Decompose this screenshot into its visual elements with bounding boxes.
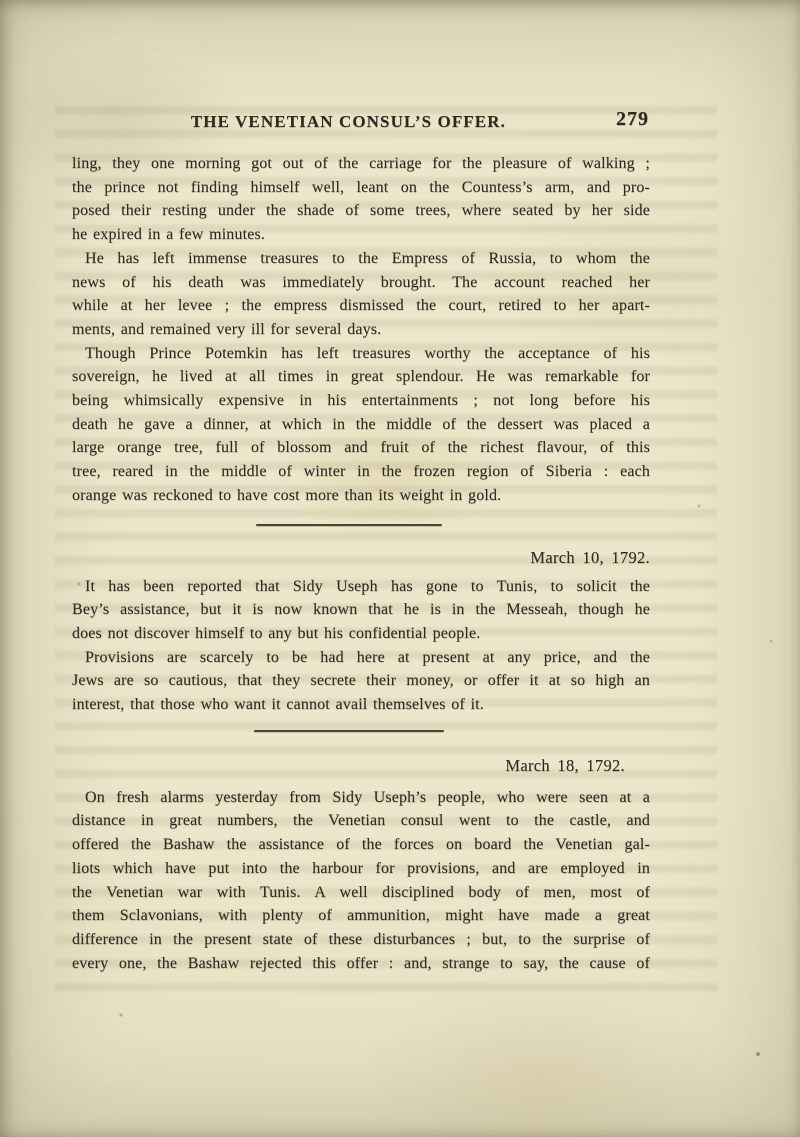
paragraph-3: Though Prince Potemkin has left treasure… <box>72 342 650 508</box>
text-line: tree, reared in the middle of winter in … <box>72 460 650 484</box>
text-line: posed their resting under the shade of s… <box>72 199 650 223</box>
text-line: the Venetian war with Tunis. A well disc… <box>72 881 650 905</box>
book-page-scan: THE VENETIAN CONSUL’S OFFER. 279 ling, t… <box>0 0 800 1137</box>
text-line: He has left immense treasures to the Emp… <box>72 247 650 271</box>
text-line: Bey’s assistance, but it is now known th… <box>72 598 650 622</box>
paragraph-4: It has been reported that Sidy Useph has… <box>72 575 650 646</box>
text-line: being whimsically expensive in his enter… <box>72 389 650 413</box>
text-line: them Sclavonians, with plenty of ammunit… <box>72 904 650 928</box>
text-line: interest, that those who want it cannot … <box>72 693 650 717</box>
text-line: while at her levee ; the empress dismiss… <box>72 294 650 318</box>
page-number: 279 <box>616 108 649 131</box>
text-line: Though Prince Potemkin has left treasure… <box>72 342 650 366</box>
text-block: ling, they one morning got out of the ca… <box>72 152 650 975</box>
text-line: does not discover himself to any but his… <box>72 622 650 646</box>
section-divider <box>254 730 444 732</box>
text-line: large orange tree, full of blossom and f… <box>72 436 650 460</box>
text-line: ments, and remained very ill for several… <box>72 318 650 342</box>
text-line: On fresh alarms yesterday from Sidy Usep… <box>72 786 650 810</box>
text-line: Provisions are scarcely to be had here a… <box>72 646 650 670</box>
text-line: the prince not finding himself well, lea… <box>72 176 650 200</box>
text-line: offered the Bashaw the assistance of the… <box>72 833 650 857</box>
text-line: Jews are so cautious, that they secrete … <box>72 669 650 693</box>
text-line: death he gave a dinner, at which in the … <box>72 413 650 437</box>
text-line: ling, they one morning got out of the ca… <box>72 152 650 176</box>
paragraph-5: Provisions are scarcely to be had here a… <box>72 646 650 717</box>
text-line: distance in great numbers, the Venetian … <box>72 809 650 833</box>
text-line: It has been reported that Sidy Useph has… <box>72 575 650 599</box>
text-line: news of his death was immediately brough… <box>72 271 650 295</box>
running-title: THE VENETIAN CONSUL’S OFFER. <box>191 112 506 132</box>
text-line: sovereign, he lived at all times in grea… <box>72 365 650 389</box>
section-divider <box>256 524 442 526</box>
text-line: liots which have put into the harbour fo… <box>72 857 650 881</box>
paragraph-1: ling, they one morning got out of the ca… <box>72 152 650 247</box>
dateline-march-10: March 10, 1792. <box>72 548 650 568</box>
text-line: every one, the Bashaw rejected this offe… <box>72 952 650 976</box>
text-line: he expired in a few minutes. <box>72 223 650 247</box>
text-line: difference in the present state of these… <box>72 928 650 952</box>
page-header: THE VENETIAN CONSUL’S OFFER. 279 <box>72 110 650 138</box>
paragraph-6: On fresh alarms yesterday from Sidy Usep… <box>72 786 650 976</box>
paragraph-2: He has left immense treasures to the Emp… <box>72 247 650 342</box>
paper-specks <box>0 0 2 2</box>
dateline-march-18: March 18, 1792. <box>72 756 650 776</box>
text-line: orange was reckoned to have cost more th… <box>72 484 650 508</box>
